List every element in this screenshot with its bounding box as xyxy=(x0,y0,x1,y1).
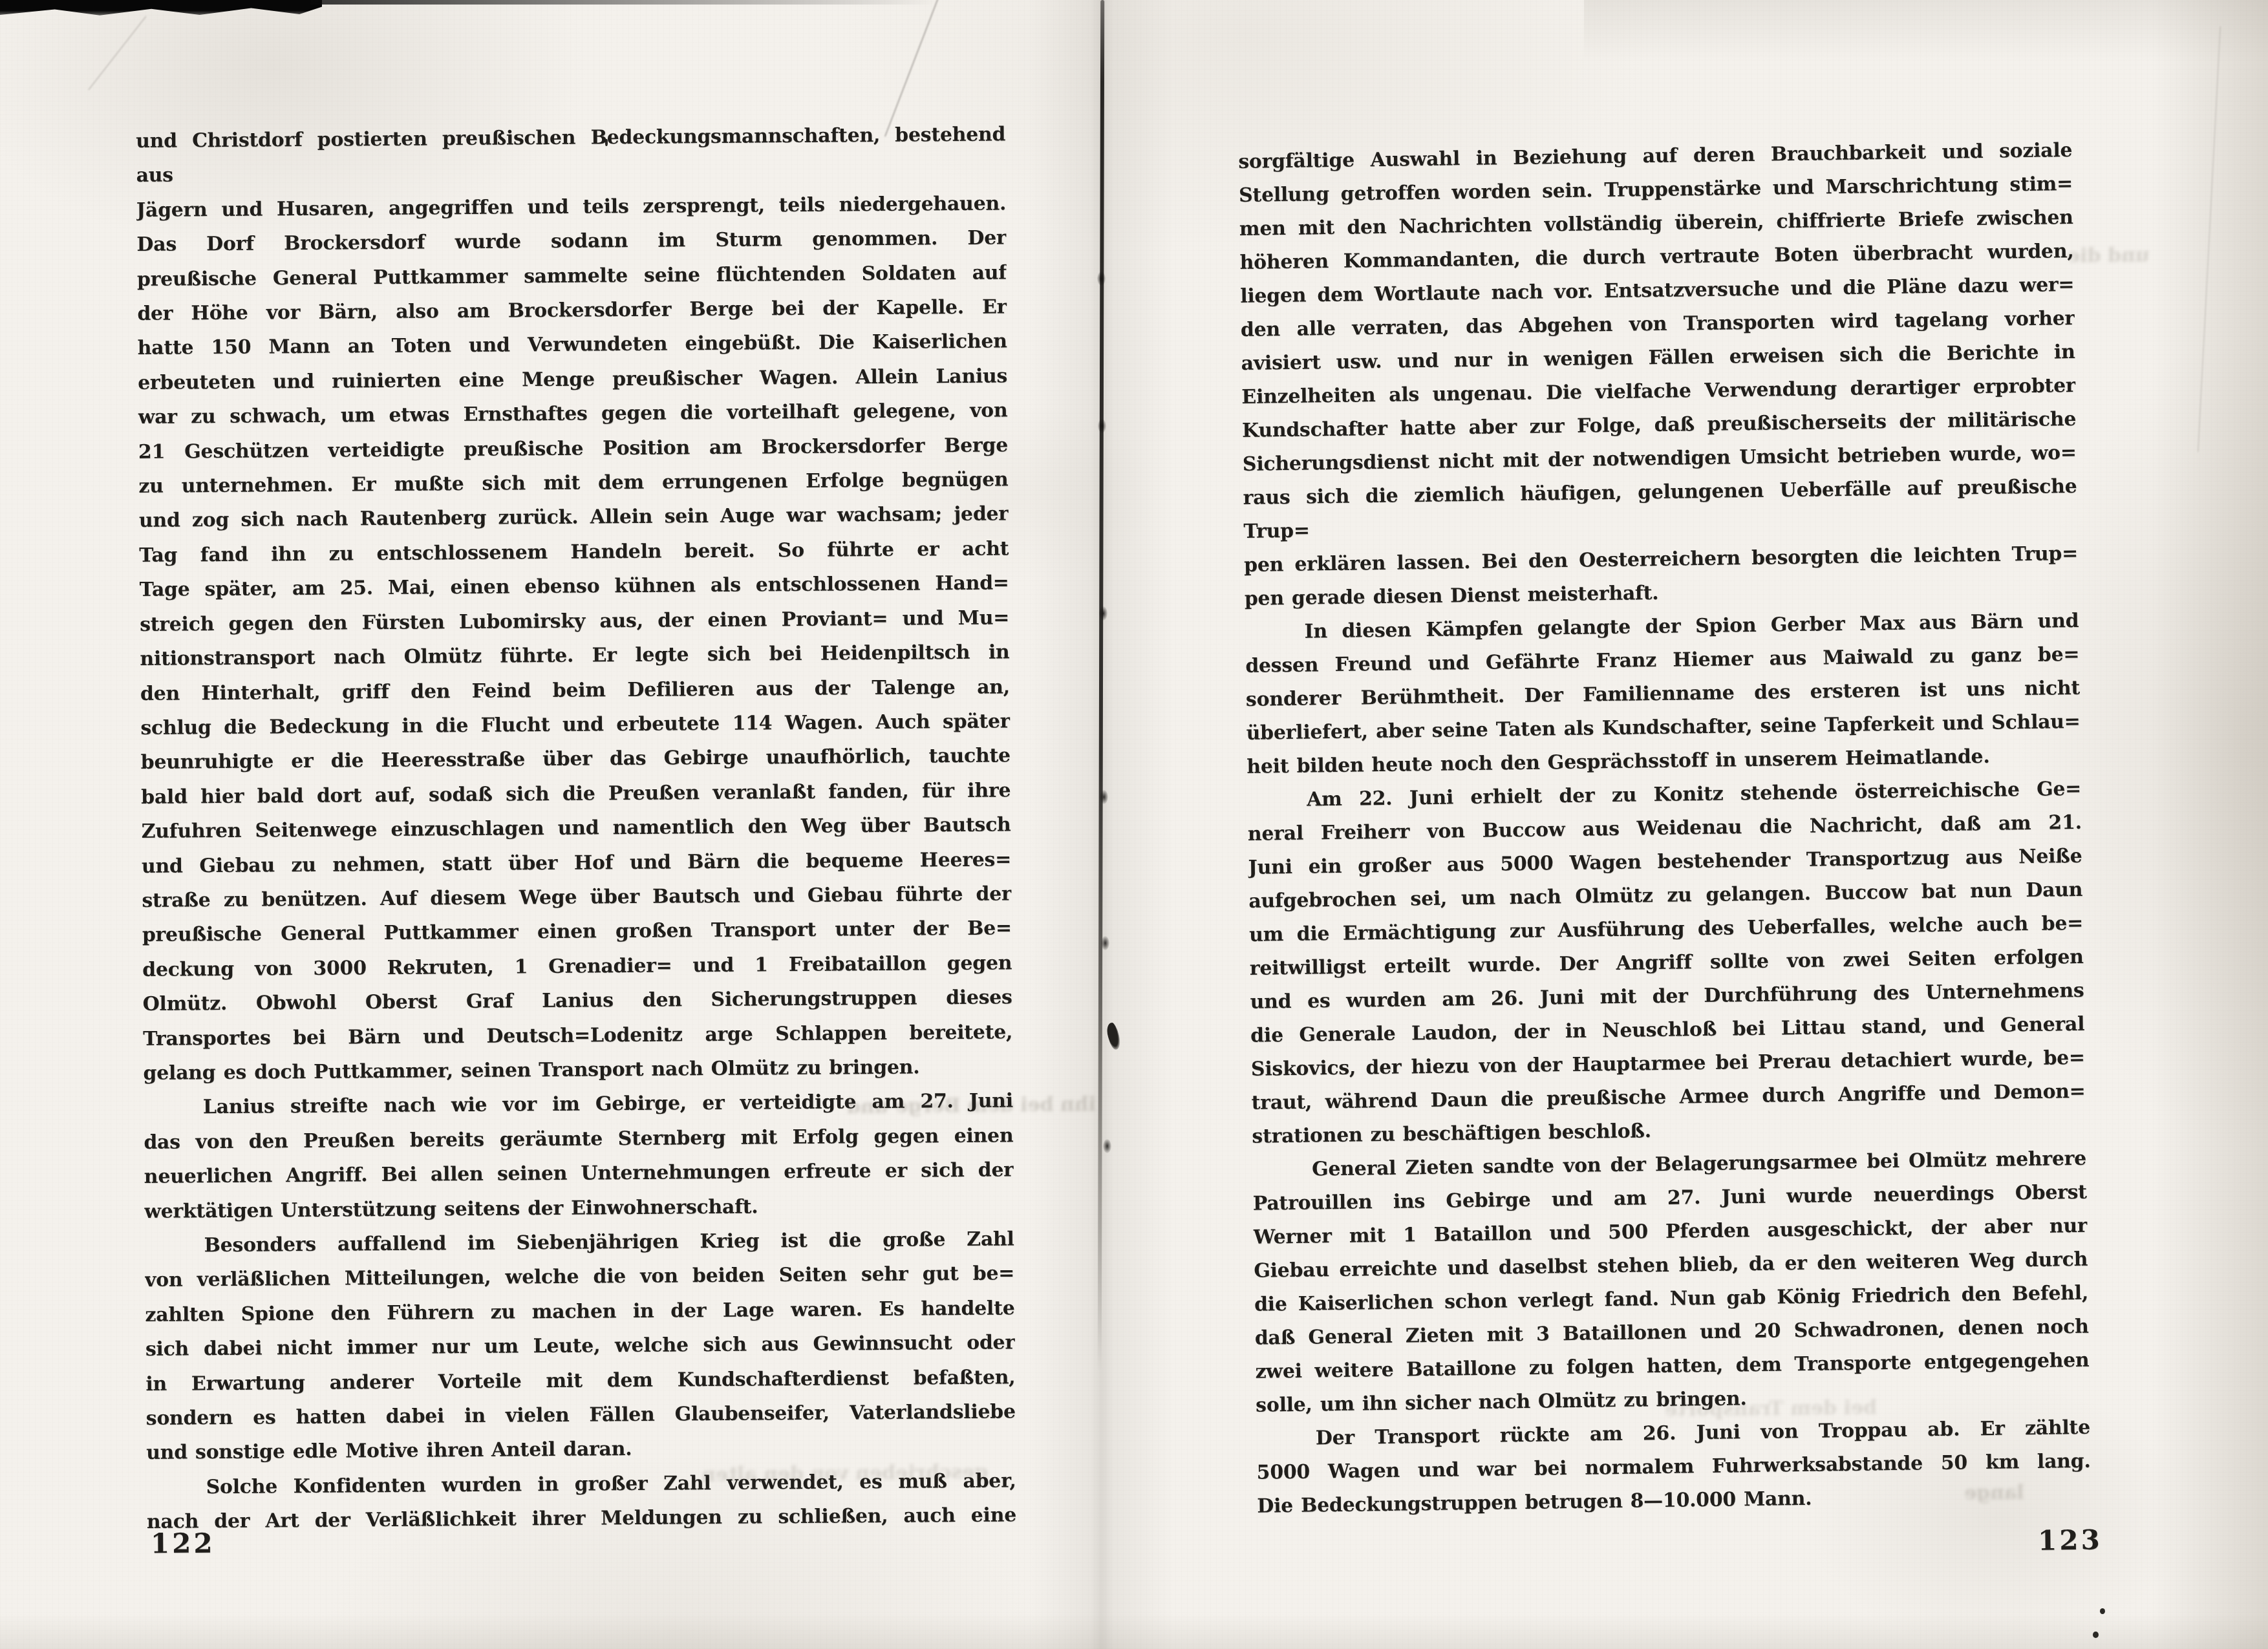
scanner-edge-artifact xyxy=(0,0,322,16)
stitch-knot xyxy=(1101,936,1109,950)
stitch-knot xyxy=(1100,790,1108,804)
text-line: nach der Art der Verläßlichkeit ihrer Me… xyxy=(147,1498,1016,1540)
text-line: Olmütz. Obwohl Oberst Graf Lanius den Si… xyxy=(142,981,1012,1022)
paper-crease xyxy=(88,16,147,90)
scanner-edge-artifact xyxy=(310,0,963,5)
stitch-knot xyxy=(1103,1139,1111,1153)
text-line: sondern es hatten dabei in vielen Fällen… xyxy=(146,1394,1016,1436)
ink-speck xyxy=(2100,1608,2105,1614)
text-line: neuerlichen Angriff. Bei allen seinen Un… xyxy=(144,1153,1014,1195)
left-page-number: 122 xyxy=(151,1527,215,1560)
text-line: nitionstransport nach Olmütz führte. Er … xyxy=(140,635,1009,677)
right-page-number: 123 xyxy=(2038,1524,2102,1556)
binding-stitch-line xyxy=(1098,0,1104,1370)
page-edge-shadow-right xyxy=(2152,0,2268,1649)
bleedthrough-ghost: und die xyxy=(2068,244,2150,267)
text-line: Zufuhren Seitenwege einzuschlagen und na… xyxy=(141,808,1011,849)
stitch-knot xyxy=(1097,271,1106,286)
ink-speck xyxy=(2093,1632,2099,1638)
book-scan: { "colors": { "paper": "#f4f1ec", "ink":… xyxy=(0,0,2268,1649)
paper-crease xyxy=(884,0,940,137)
page-edge-shadow-bottom xyxy=(0,1613,2268,1649)
text-line: raus sich die ziemlich häufigen, gelunge… xyxy=(1243,470,2077,549)
ink-blot xyxy=(1105,1022,1122,1051)
text-line: und Christdorf postierten preußischen Be… xyxy=(136,117,1006,193)
page-edge-shadow-top xyxy=(1584,0,2268,61)
stitch-knot xyxy=(1099,606,1107,621)
left-page-text-block: und Christdorf postierten preußischen Be… xyxy=(136,117,1016,1507)
stitch-knot xyxy=(1098,419,1106,433)
right-page-text-block: sorgfältige Auswahl in Beziehung auf der… xyxy=(1238,134,2091,1493)
